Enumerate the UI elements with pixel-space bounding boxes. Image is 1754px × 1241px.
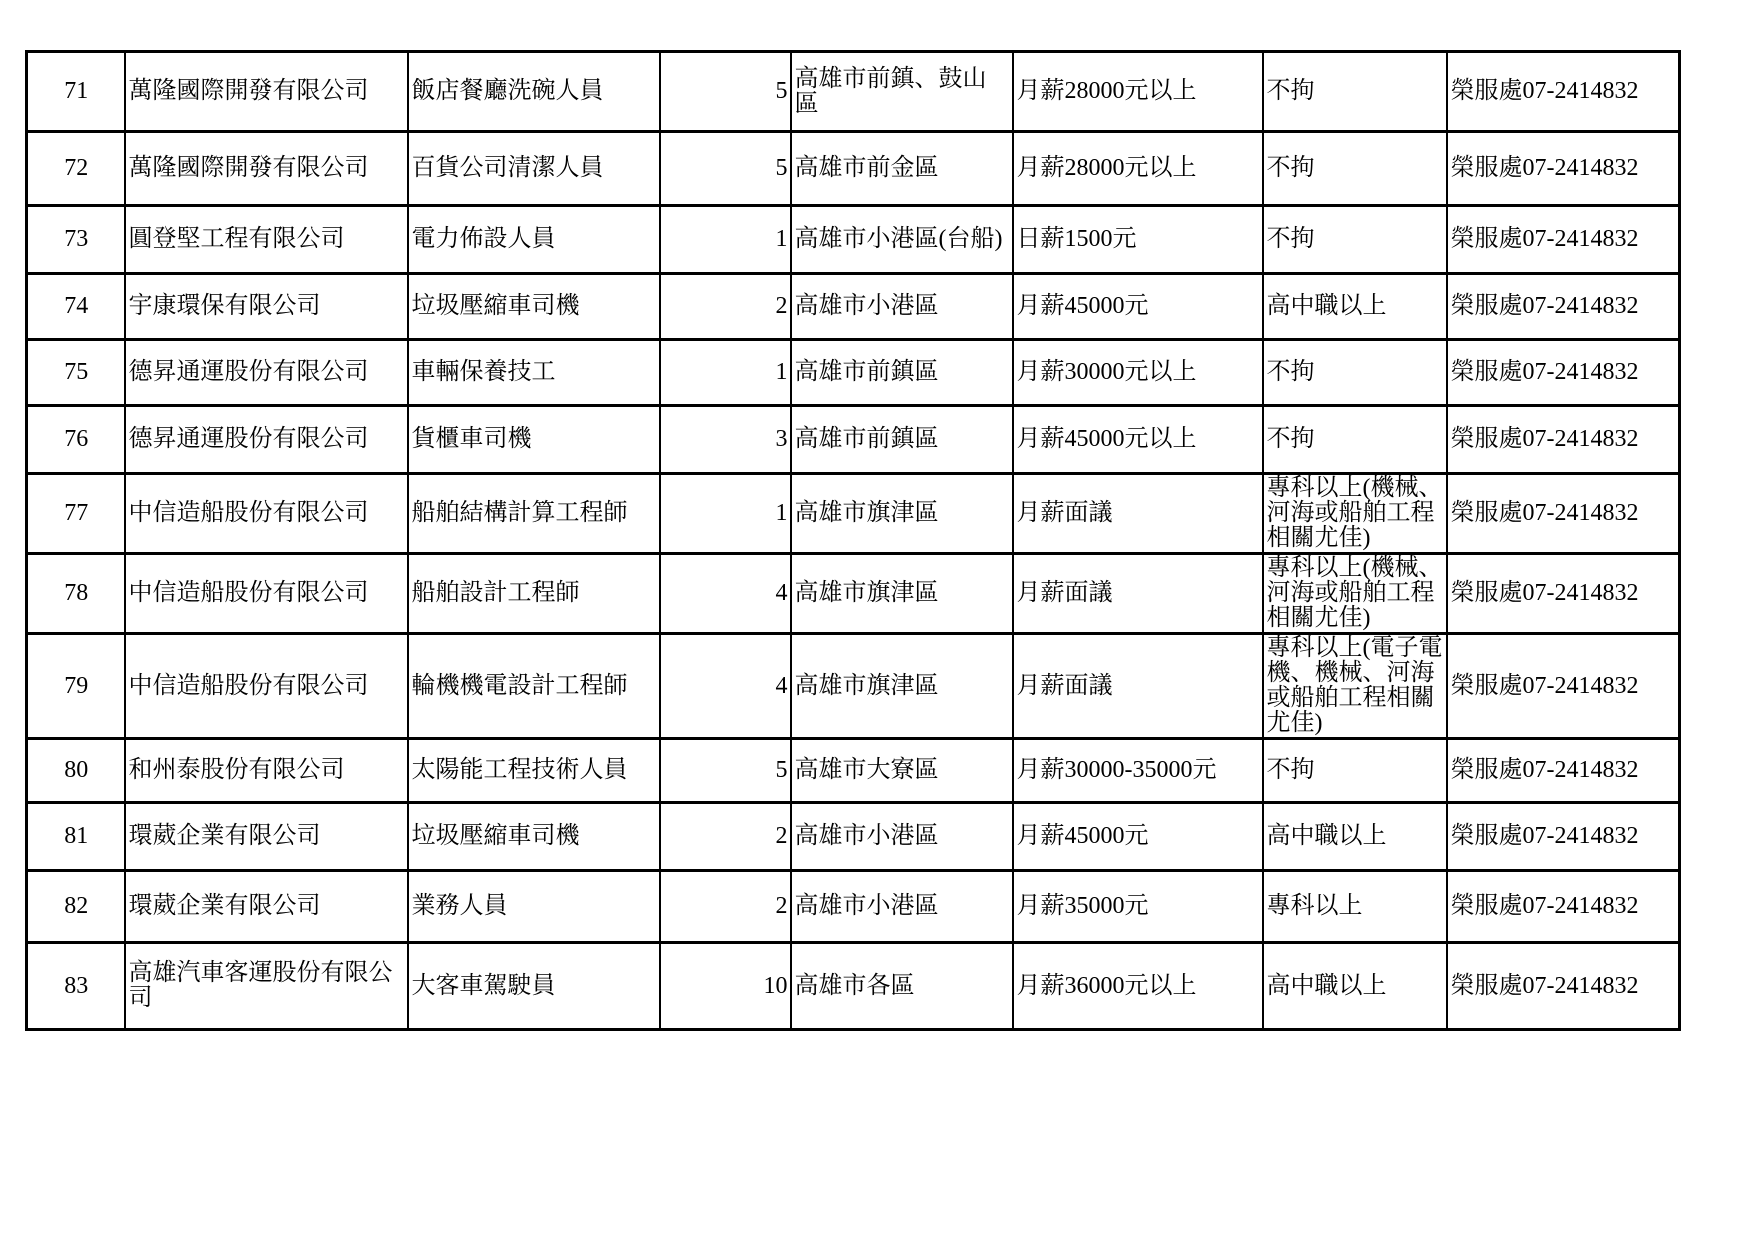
cell-location: 高雄市小港區 bbox=[791, 274, 1013, 340]
cell-contact: 榮服處07-2414832 bbox=[1447, 474, 1680, 554]
cell-count: 1 bbox=[660, 340, 791, 406]
cell-contact: 榮服處07-2414832 bbox=[1447, 739, 1680, 803]
cell-contact: 榮服處07-2414832 bbox=[1447, 871, 1680, 943]
table-row: 73圓登堅工程有限公司電力佈設人員1高雄市小港區(台船)日薪1500元不拘榮服處… bbox=[27, 206, 1680, 274]
cell-salary: 月薪面議 bbox=[1013, 474, 1263, 554]
cell-job: 太陽能工程技術人員 bbox=[408, 739, 660, 803]
cell-count: 10 bbox=[660, 943, 791, 1030]
cell-education: 高中職以上 bbox=[1263, 943, 1447, 1030]
cell-no: 79 bbox=[27, 634, 125, 739]
cell-education: 專科以上(機械、河海或船舶工程相關尤佳) bbox=[1263, 554, 1447, 634]
cell-salary: 月薪45000元 bbox=[1013, 803, 1263, 871]
cell-company: 環葳企業有限公司 bbox=[125, 871, 408, 943]
cell-job: 業務人員 bbox=[408, 871, 660, 943]
cell-contact: 榮服處07-2414832 bbox=[1447, 206, 1680, 274]
cell-company: 高雄汽車客運股份有限公司 bbox=[125, 943, 408, 1030]
cell-company: 中信造船股份有限公司 bbox=[125, 474, 408, 554]
table-row: 77中信造船股份有限公司船舶結構計算工程師1高雄市旗津區月薪面議專科以上(機械、… bbox=[27, 474, 1680, 554]
cell-location: 高雄市小港區(台船) bbox=[791, 206, 1013, 274]
cell-salary: 月薪36000元以上 bbox=[1013, 943, 1263, 1030]
table-row: 76德昇通運股份有限公司貨櫃車司機3高雄市前鎮區月薪45000元以上不拘榮服處0… bbox=[27, 406, 1680, 474]
cell-count: 2 bbox=[660, 803, 791, 871]
cell-job: 船舶設計工程師 bbox=[408, 554, 660, 634]
cell-job: 貨櫃車司機 bbox=[408, 406, 660, 474]
cell-education: 專科以上(機械、河海或船舶工程相關尤佳) bbox=[1263, 474, 1447, 554]
table-row: 83高雄汽車客運股份有限公司大客車駕駛員10高雄市各區月薪36000元以上高中職… bbox=[27, 943, 1680, 1030]
cell-company: 德昇通運股份有限公司 bbox=[125, 406, 408, 474]
cell-salary: 日薪1500元 bbox=[1013, 206, 1263, 274]
cell-job: 飯店餐廳洗碗人員 bbox=[408, 52, 660, 132]
cell-job: 垃圾壓縮車司機 bbox=[408, 274, 660, 340]
cell-contact: 榮服處07-2414832 bbox=[1447, 406, 1680, 474]
cell-salary: 月薪45000元 bbox=[1013, 274, 1263, 340]
cell-count: 5 bbox=[660, 132, 791, 206]
cell-location: 高雄市大寮區 bbox=[791, 739, 1013, 803]
cell-count: 4 bbox=[660, 554, 791, 634]
cell-education: 不拘 bbox=[1263, 206, 1447, 274]
cell-education: 高中職以上 bbox=[1263, 274, 1447, 340]
cell-education: 高中職以上 bbox=[1263, 803, 1447, 871]
cell-location: 高雄市各區 bbox=[791, 943, 1013, 1030]
cell-no: 72 bbox=[27, 132, 125, 206]
cell-education: 不拘 bbox=[1263, 132, 1447, 206]
cell-salary: 月薪28000元以上 bbox=[1013, 52, 1263, 132]
cell-contact: 榮服處07-2414832 bbox=[1447, 943, 1680, 1030]
cell-no: 77 bbox=[27, 474, 125, 554]
cell-salary: 月薪面議 bbox=[1013, 634, 1263, 739]
cell-company: 萬隆國際開發有限公司 bbox=[125, 132, 408, 206]
cell-education: 不拘 bbox=[1263, 406, 1447, 474]
cell-job: 垃圾壓縮車司機 bbox=[408, 803, 660, 871]
cell-company: 和州泰股份有限公司 bbox=[125, 739, 408, 803]
cell-job: 百貨公司清潔人員 bbox=[408, 132, 660, 206]
cell-location: 高雄市旗津區 bbox=[791, 634, 1013, 739]
cell-salary: 月薪30000-35000元 bbox=[1013, 739, 1263, 803]
cell-company: 中信造船股份有限公司 bbox=[125, 634, 408, 739]
cell-contact: 榮服處07-2414832 bbox=[1447, 274, 1680, 340]
cell-contact: 榮服處07-2414832 bbox=[1447, 554, 1680, 634]
cell-job: 車輛保養技工 bbox=[408, 340, 660, 406]
cell-count: 5 bbox=[660, 52, 791, 132]
cell-no: 76 bbox=[27, 406, 125, 474]
cell-job: 船舶結構計算工程師 bbox=[408, 474, 660, 554]
cell-no: 78 bbox=[27, 554, 125, 634]
document-page: 71萬隆國際開發有限公司飯店餐廳洗碗人員5高雄市前鎮、鼓山區月薪28000元以上… bbox=[0, 0, 1754, 1241]
cell-count: 2 bbox=[660, 871, 791, 943]
cell-no: 75 bbox=[27, 340, 125, 406]
cell-contact: 榮服處07-2414832 bbox=[1447, 803, 1680, 871]
cell-count: 2 bbox=[660, 274, 791, 340]
table-row: 78中信造船股份有限公司船舶設計工程師4高雄市旗津區月薪面議專科以上(機械、河海… bbox=[27, 554, 1680, 634]
cell-salary: 月薪28000元以上 bbox=[1013, 132, 1263, 206]
cell-no: 82 bbox=[27, 871, 125, 943]
table-row: 81環葳企業有限公司垃圾壓縮車司機2高雄市小港區月薪45000元高中職以上榮服處… bbox=[27, 803, 1680, 871]
cell-location: 高雄市前鎮區 bbox=[791, 340, 1013, 406]
table-row: 71萬隆國際開發有限公司飯店餐廳洗碗人員5高雄市前鎮、鼓山區月薪28000元以上… bbox=[27, 52, 1680, 132]
cell-job: 大客車駕駛員 bbox=[408, 943, 660, 1030]
cell-no: 74 bbox=[27, 274, 125, 340]
table-row: 75德昇通運股份有限公司車輛保養技工1高雄市前鎮區月薪30000元以上不拘榮服處… bbox=[27, 340, 1680, 406]
cell-location: 高雄市旗津區 bbox=[791, 554, 1013, 634]
cell-salary: 月薪30000元以上 bbox=[1013, 340, 1263, 406]
cell-company: 萬隆國際開發有限公司 bbox=[125, 52, 408, 132]
cell-education: 不拘 bbox=[1263, 340, 1447, 406]
table-row: 72萬隆國際開發有限公司百貨公司清潔人員5高雄市前金區月薪28000元以上不拘榮… bbox=[27, 132, 1680, 206]
cell-education: 專科以上(電子電機、機械、河海或船舶工程相關尤佳) bbox=[1263, 634, 1447, 739]
cell-location: 高雄市旗津區 bbox=[791, 474, 1013, 554]
cell-count: 4 bbox=[660, 634, 791, 739]
cell-location: 高雄市小港區 bbox=[791, 803, 1013, 871]
cell-no: 83 bbox=[27, 943, 125, 1030]
cell-company: 宇康環保有限公司 bbox=[125, 274, 408, 340]
table-row: 80和州泰股份有限公司太陽能工程技術人員5高雄市大寮區月薪30000-35000… bbox=[27, 739, 1680, 803]
cell-location: 高雄市前鎮、鼓山區 bbox=[791, 52, 1013, 132]
cell-no: 71 bbox=[27, 52, 125, 132]
cell-salary: 月薪面議 bbox=[1013, 554, 1263, 634]
table-row: 82環葳企業有限公司業務人員2高雄市小港區月薪35000元專科以上榮服處07-2… bbox=[27, 871, 1680, 943]
cell-education: 專科以上 bbox=[1263, 871, 1447, 943]
cell-contact: 榮服處07-2414832 bbox=[1447, 634, 1680, 739]
cell-count: 3 bbox=[660, 406, 791, 474]
cell-company: 環葳企業有限公司 bbox=[125, 803, 408, 871]
cell-education: 不拘 bbox=[1263, 739, 1447, 803]
cell-job: 輪機機電設計工程師 bbox=[408, 634, 660, 739]
cell-company: 德昇通運股份有限公司 bbox=[125, 340, 408, 406]
cell-contact: 榮服處07-2414832 bbox=[1447, 132, 1680, 206]
cell-no: 73 bbox=[27, 206, 125, 274]
cell-contact: 榮服處07-2414832 bbox=[1447, 340, 1680, 406]
cell-location: 高雄市前金區 bbox=[791, 132, 1013, 206]
table-body: 71萬隆國際開發有限公司飯店餐廳洗碗人員5高雄市前鎮、鼓山區月薪28000元以上… bbox=[27, 52, 1680, 1030]
cell-job: 電力佈設人員 bbox=[408, 206, 660, 274]
cell-location: 高雄市前鎮區 bbox=[791, 406, 1013, 474]
cell-contact: 榮服處07-2414832 bbox=[1447, 52, 1680, 132]
cell-company: 中信造船股份有限公司 bbox=[125, 554, 408, 634]
cell-count: 1 bbox=[660, 206, 791, 274]
cell-location: 高雄市小港區 bbox=[791, 871, 1013, 943]
cell-no: 81 bbox=[27, 803, 125, 871]
cell-count: 1 bbox=[660, 474, 791, 554]
cell-no: 80 bbox=[27, 739, 125, 803]
cell-salary: 月薪45000元以上 bbox=[1013, 406, 1263, 474]
cell-education: 不拘 bbox=[1263, 52, 1447, 132]
cell-company: 圓登堅工程有限公司 bbox=[125, 206, 408, 274]
cell-count: 5 bbox=[660, 739, 791, 803]
job-listings-table: 71萬隆國際開發有限公司飯店餐廳洗碗人員5高雄市前鎮、鼓山區月薪28000元以上… bbox=[25, 50, 1681, 1031]
table-row: 79中信造船股份有限公司輪機機電設計工程師4高雄市旗津區月薪面議專科以上(電子電… bbox=[27, 634, 1680, 739]
cell-salary: 月薪35000元 bbox=[1013, 871, 1263, 943]
table-row: 74宇康環保有限公司垃圾壓縮車司機2高雄市小港區月薪45000元高中職以上榮服處… bbox=[27, 274, 1680, 340]
